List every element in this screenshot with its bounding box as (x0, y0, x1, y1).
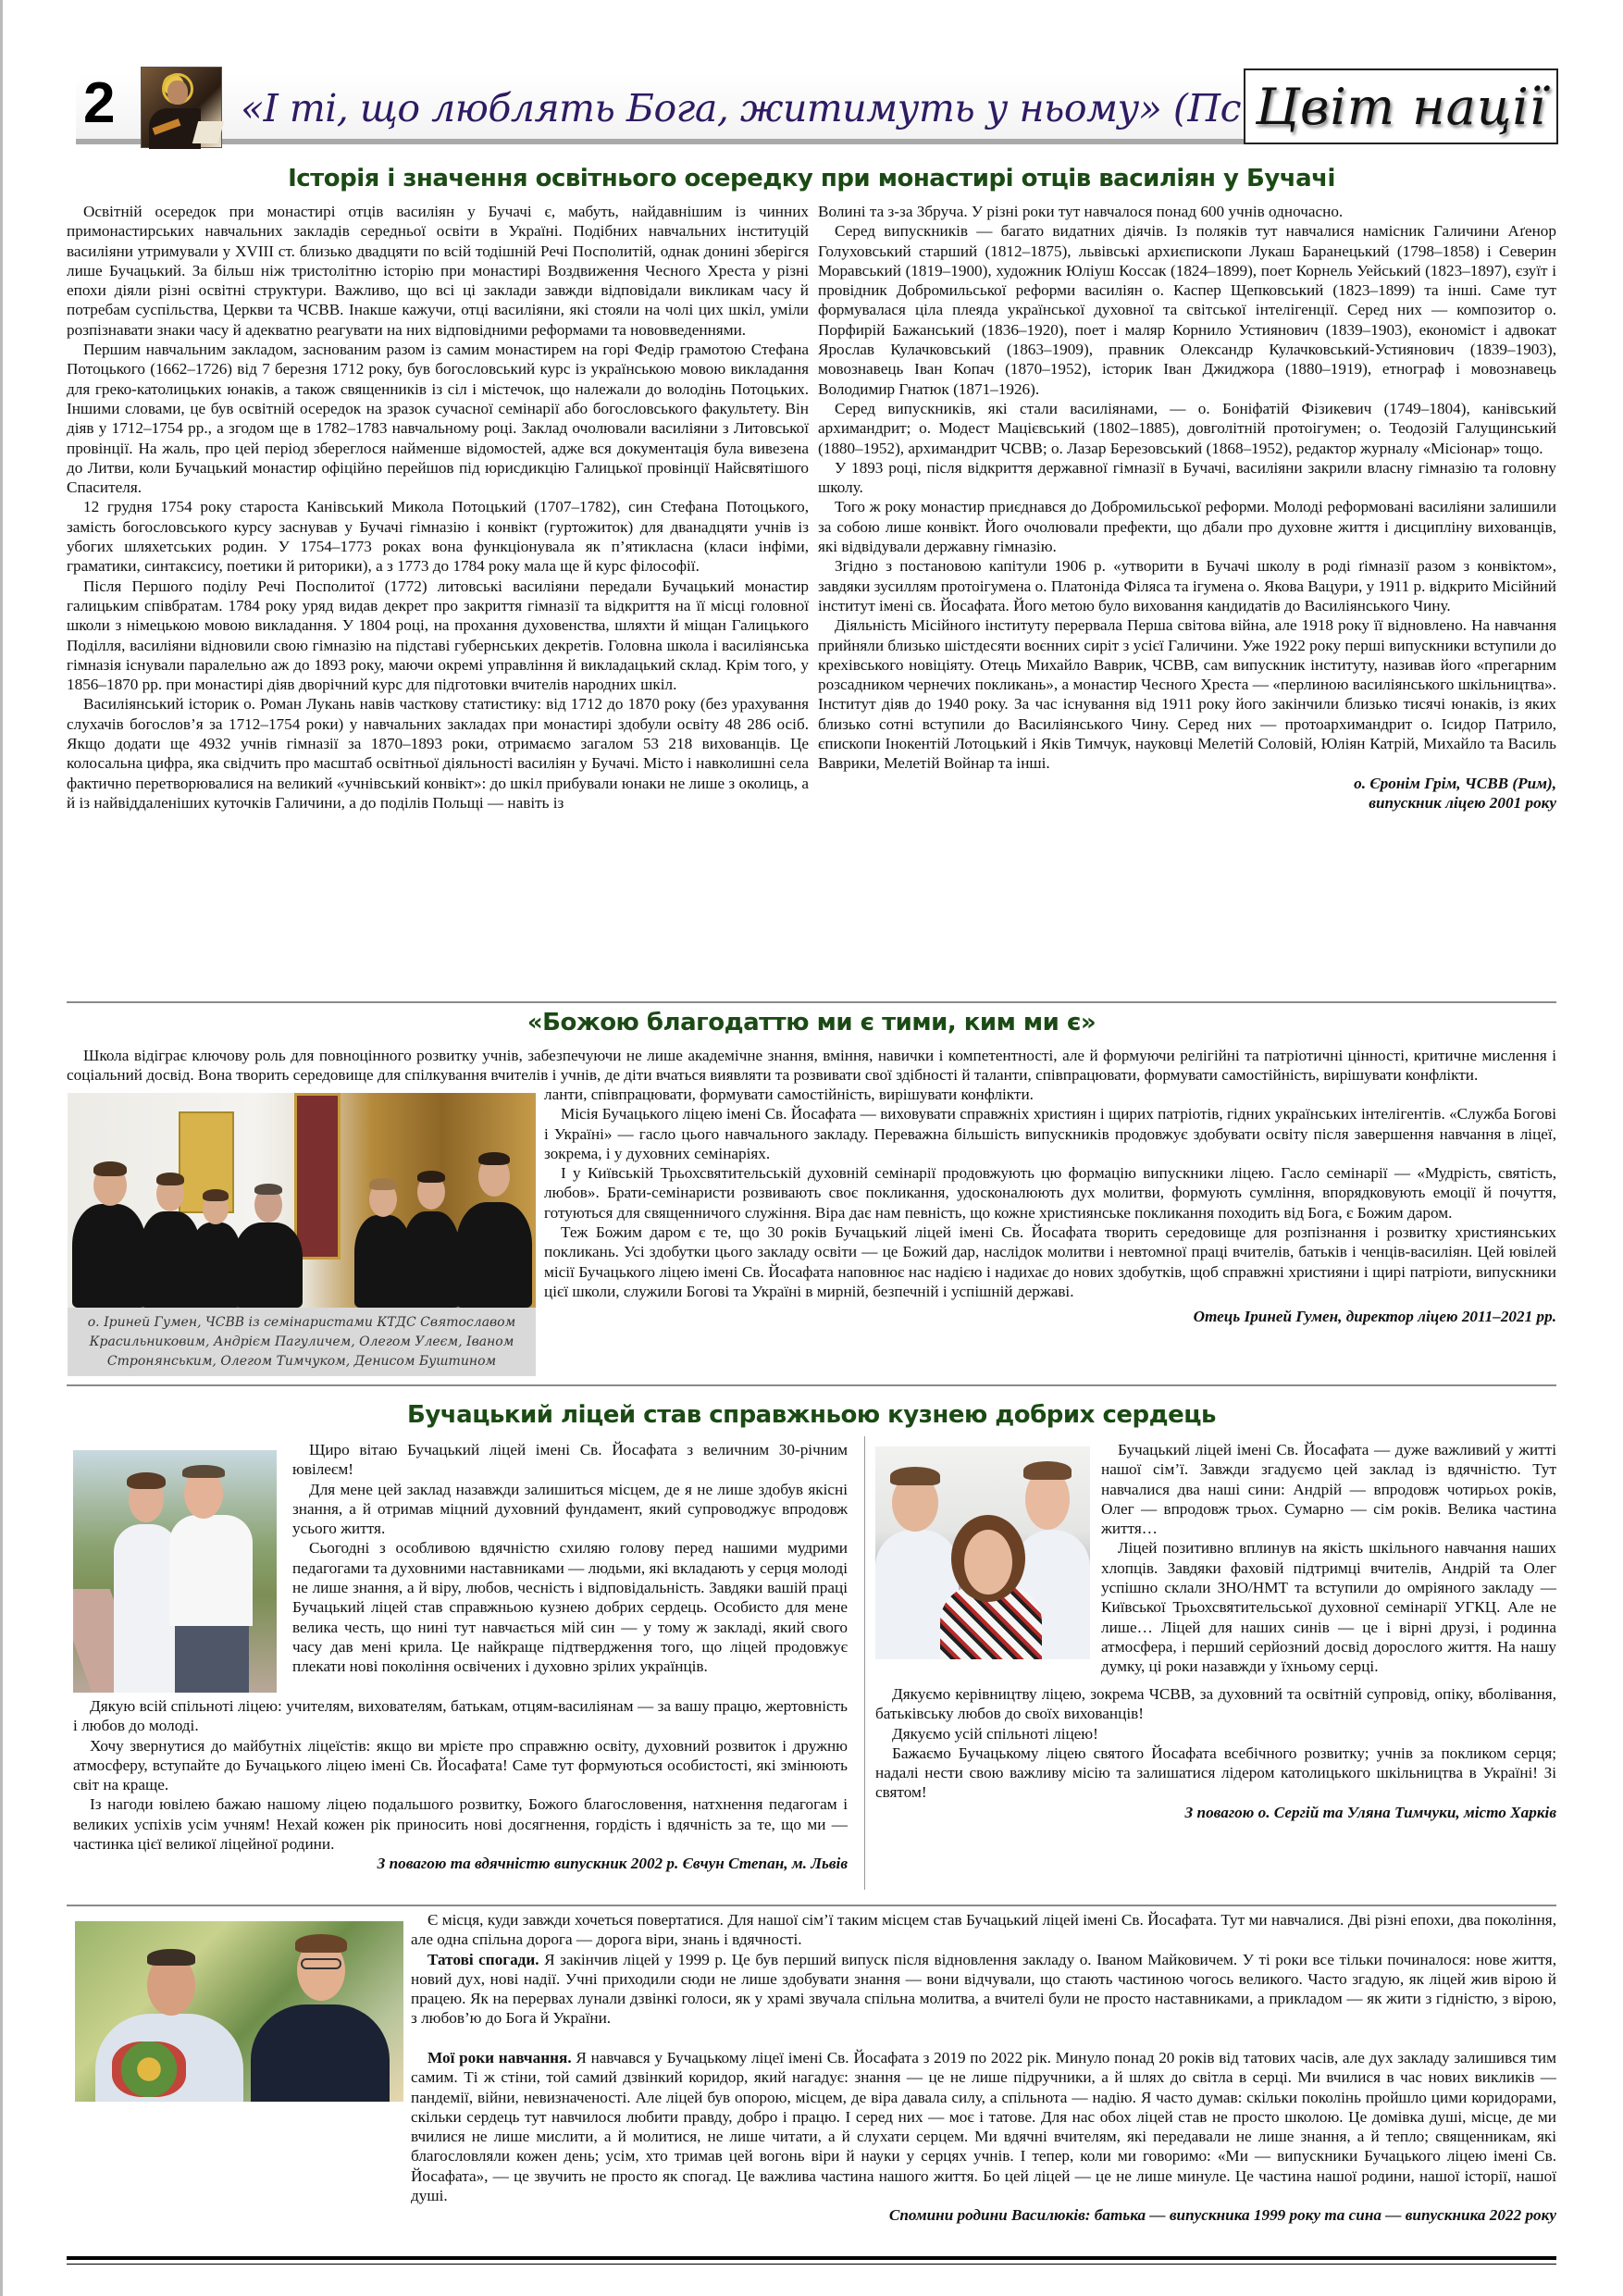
article3-left-text-top: Щиро вітаю Бучацький ліцей імені Св. Йос… (292, 1440, 848, 1677)
newspaper-logo: Цвіт нації (1244, 68, 1558, 144)
son-memories-text: Я навчався у Бучацькому ліцеї імені Св. … (411, 2049, 1556, 2204)
page-bottom-rule-thin (67, 2264, 1556, 2265)
masthead-motto: «І ті, що люблять Бога, житимуть у ньому… (241, 76, 1392, 141)
paragraph: Бажаємо Бучацькому ліцею святого Йосафат… (875, 1744, 1556, 1803)
paragraph: Для мене цей заклад назавжди залишиться … (292, 1480, 848, 1539)
paragraph: І у Київській Трьохсвятительській духовн… (544, 1163, 1556, 1222)
masthead: 2 «І ті, що люблять Бога, житимуть у ньо… (67, 67, 1556, 150)
paragraph: Серед випускників, які стали василіянами… (818, 399, 1556, 458)
son-memories-lead: Мої роки навчання. (427, 2049, 572, 2066)
article3-left-signature: З повагою та вдячністю випускник 2002 р.… (73, 1854, 848, 1873)
paragraph: У 1893 році, після відкриття державної г… (818, 458, 1556, 498)
article1-left-column: Освітній осередок при монастирі отців ва… (67, 202, 809, 813)
paragraph: Щиро вітаю Бучацький ліцей імені Св. Йос… (292, 1440, 848, 1480)
paragraph: Серед випускників — багато видатних діяч… (818, 221, 1556, 399)
seminarians-group-photo (68, 1093, 536, 1308)
column-divider (864, 1436, 865, 1890)
photo-caption: о. Іриней Гумен, ЧСВВ із семінаристами К… (68, 1308, 536, 1376)
graduate-with-son-photo (73, 1450, 277, 1693)
article1-right-column: Волині та з-за Збруча. У різні роки тут … (818, 202, 1556, 813)
paragraph: Дякуємо усій спільноті ліцею! (875, 1724, 1556, 1744)
paragraph: Дякуємо керівництву ліцею, зокрема ЧСВВ,… (875, 1684, 1556, 1724)
article3-right-signature: З повагою о. Сергій та Уляна Тимчуки, мі… (875, 1803, 1556, 1822)
paragraph: Діяльність Місійного інституту перервала… (818, 615, 1556, 773)
page-bottom-rule (67, 2256, 1556, 2260)
article4-text-bottom: Мої роки навчання. Я навчався у Бучацько… (67, 2048, 1556, 2226)
paragraph: Василіянський історик о. Роман Лукань на… (67, 694, 809, 813)
paragraph: ланти, співпрацювати, формувати самостій… (544, 1085, 1556, 1104)
paragraph: Сьогодні з особливою вдячністю схиляю го… (292, 1538, 848, 1676)
paragraph: Бучацький ліцей імені Св. Йосафата — дуж… (1101, 1440, 1556, 1538)
paragraph: Після Першого поділу Речі Посполитої (17… (67, 577, 809, 695)
article2-intro: Школа відіграє ключову роль для повноцін… (67, 1046, 1556, 1086)
paragraph: Освітній осередок при монастирі отців ва… (67, 202, 809, 340)
paragraph: Згідно з постановою капітули 1906 р. «ут… (818, 556, 1556, 615)
paragraph: Ліцей позитивно вплинув на якість шкільн… (1101, 1538, 1556, 1676)
paragraph: Теж Божим даром є те, що 30 років Бучаць… (544, 1222, 1556, 1301)
article3-right-text-top: Бучацький ліцей імені Св. Йосафата — дуж… (1101, 1440, 1556, 1677)
article4-signature: Спомини родини Василюків: батька — випус… (67, 2205, 1556, 2225)
paragraph: Дякую всій спільноті ліцею: учителям, ви… (73, 1696, 848, 1736)
article4-text-top: Є місця, куди завжди хочеться повертатис… (411, 1910, 1556, 2029)
article1-title: Історія і значення освітнього осередку п… (67, 165, 1556, 192)
article3-title: Бучацький ліцей став справжньою кузнею д… (67, 1401, 1556, 1429)
paragraph: Татові спогади. Я закінчив ліцей у 1999 … (411, 1950, 1556, 2029)
paragraph: Школа відіграє ключову роль для повноцін… (67, 1046, 1556, 1086)
paragraph: Місія Бучацького ліцею імені Св. Йосафат… (544, 1104, 1556, 1163)
paragraph: Волині та з-за Збруча. У різні роки тут … (818, 202, 1556, 221)
article3-right-text-bottom: Дякуємо керівництву ліцею, зокрема ЧСВВ,… (875, 1684, 1556, 1822)
article2-body: ланти, співпрацювати, формувати самостій… (544, 1085, 1556, 1327)
father-memories-text: Я закінчив ліцей у 1999 р. Це був перший… (411, 1951, 1556, 2028)
paragraph: 12 грудня 1754 року староста Канівський … (67, 497, 809, 576)
article2-signature: Отець Іриней Гумен, директор ліцею 2011–… (544, 1307, 1556, 1326)
article1-signature-role: випускник ліцею 2001 року (818, 793, 1556, 813)
paragraph: Мої роки навчання. Я навчався у Бучацько… (411, 2048, 1556, 2205)
paragraph: Хочу звернутися до майбутніх ліцеїстів: … (73, 1736, 848, 1795)
family-selfie-photo (875, 1446, 1090, 1659)
father-memories-lead: Татові спогади. (427, 1951, 539, 1968)
article3-left-text-bottom: Дякую всій спільноті ліцею: учителям, ви… (73, 1696, 848, 1874)
paragraph: Є місця, куди завжди хочеться повертатис… (411, 1910, 1556, 1950)
paragraph: Того ж року монастир приєднався до Добро… (818, 497, 1556, 556)
paragraph: Першим навчальним закладом, заснованим р… (67, 340, 809, 497)
paragraph: Із нагоди ювілею бажаю нашому ліцею пода… (73, 1794, 848, 1854)
saint-portrait-icon (141, 67, 222, 148)
logo-text: Цвіт нації (1256, 78, 1546, 136)
section-divider (67, 1905, 1556, 1906)
article2-title: «Божою благодаттю ми є тими, ким ми є» (67, 1009, 1556, 1036)
section-divider (67, 1384, 1556, 1386)
page-number: 2 (83, 68, 115, 139)
section-divider (67, 1001, 1556, 1003)
article1-signature-name: о. Єронім Грім, ЧСВВ (Рим), (818, 774, 1556, 793)
